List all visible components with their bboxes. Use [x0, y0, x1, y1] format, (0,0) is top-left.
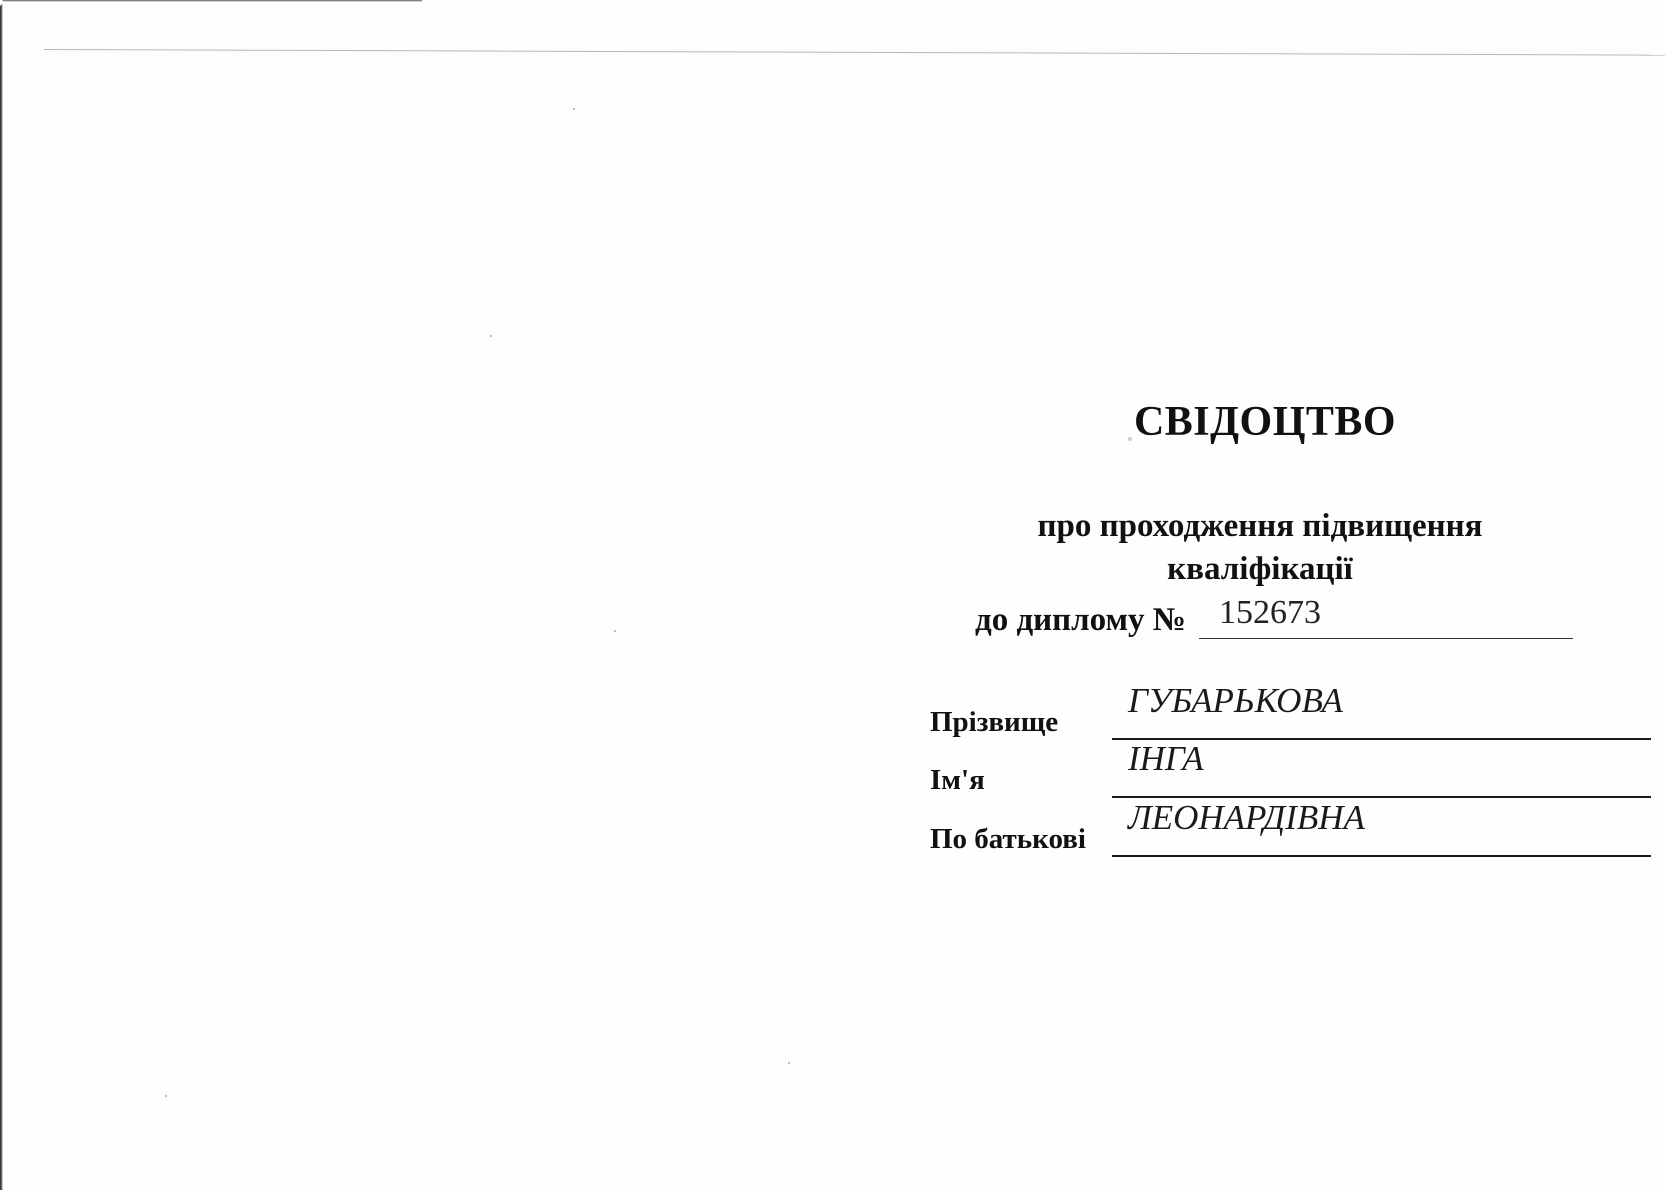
patronymic-label: По батькові — [930, 823, 1112, 857]
first-name-row: Ім'я ІНГА — [930, 740, 1651, 798]
diploma-number-label: до диплому № — [975, 602, 1186, 639]
patronymic-row: По батькові ЛЕОНАРДІВНА — [930, 799, 1651, 857]
scan-speck — [614, 630, 616, 632]
fold-line — [44, 49, 1665, 56]
first-name-label: Ім'я — [930, 764, 1112, 798]
certificate-title: СВІДОЦТВО — [1000, 398, 1530, 446]
certificate-page: СВІДОЦТВО про проходження підвищення ква… — [0, 0, 1665, 1190]
patronymic-value: ЛЕОНАРДІВНА — [1128, 798, 1365, 838]
surname-label: Прізвище — [930, 706, 1112, 740]
first-name-field: ІНГА — [1112, 740, 1651, 798]
subtitle-line-1: про проходження підвищення — [960, 505, 1560, 548]
surname-field: ГУБАРЬКОВА — [1112, 682, 1651, 740]
subtitle-line-2: кваліфікації — [960, 548, 1560, 591]
diploma-number-value: 152673 — [1219, 594, 1321, 632]
patronymic-field: ЛЕОНАРДІВНА — [1112, 799, 1651, 857]
scan-speck — [490, 335, 492, 337]
first-name-value: ІНГА — [1128, 739, 1204, 779]
scan-speck — [165, 1095, 167, 1097]
diploma-number-field: 152673 — [1199, 592, 1573, 639]
scan-speck — [573, 108, 575, 110]
surname-row: Прізвище ГУБАРЬКОВА — [930, 682, 1651, 740]
certificate-subtitle: про проходження підвищення кваліфікації — [960, 505, 1560, 591]
diploma-number-row: до диплому № 152673 — [975, 593, 1573, 639]
scan-top-edge — [2, 0, 422, 2]
surname-value: ГУБАРЬКОВА — [1128, 681, 1343, 721]
scan-speck — [788, 1062, 790, 1064]
scan-left-edge — [0, 4, 3, 1190]
